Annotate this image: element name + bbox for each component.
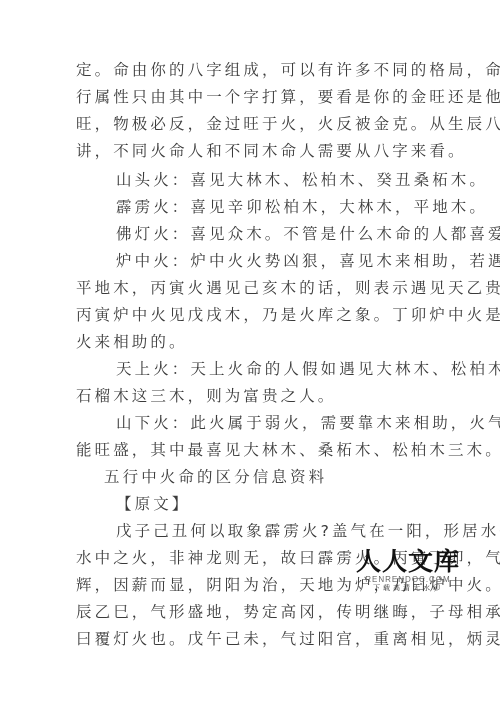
text-line: 山下火：此火属于弱火，需要靠木来相助，火气才 [116,413,500,433]
watermark-subtitle: 下载高清无水印 [352,584,464,593]
text-line: 平地木，丙寅火遇见己亥木的话，则表示遇见天乙贵人。 [76,278,500,298]
text-line: 曰覆灯火也。戊午己未，气过阳宫，重离相见，炳灵交完， [76,629,500,649]
text-line: 五行中火命的区分信息资料 [104,467,327,487]
watermark-url: RENRENDOC.COM [352,575,464,584]
text-line: 【原文】 [116,494,190,514]
text-line: 能旺盛，其中最喜见大林木、桑柘木、松柏木三木。 [76,440,500,460]
text-line: 天上火：天上火命的人假如遇见大林木、松柏木、 [116,359,500,379]
text-line: 霹雳火：喜见辛卯松柏木，大林木，平地木。 [116,197,488,217]
watermark-logo: 人人文库 RENRENDOC.COM 下载高清无水印 [352,549,464,593]
text-line: 火来相助的。 [76,332,188,352]
text-line: 山头火：喜见大林木、松柏木、癸丑桑柘木。 [116,170,488,190]
text-line: 定。命由你的八字组成，可以有许多不同的格局，命的五 [76,60,500,80]
text-line: 石榴木这三木，则为富贵之人。 [76,386,336,406]
text-line: 讲，不同火命人和不同木命人需要从八字来看。 [76,141,467,161]
text-line: 旺，物极必反，金过旺于火，火反被金克。从生辰八字来 [76,114,500,134]
text-line: 佛灯火：喜见众木。不管是什么木命的人都喜爱。 [116,224,500,244]
text-line: 戊子己丑何以取象霹雳火?盖气在一阳，形居水位， [116,521,500,541]
text-line: 辰乙巳，气形盛地，势定高冈，传明继晦，子母相承，乃 [76,602,500,622]
text-line: 行属性只由其中一个字打算，要看是你的金旺还是他的火 [76,87,500,107]
text-line: 丙寅炉中火见戊戌木，乃是火库之象。丁卯炉中火是需要 [76,305,500,325]
text-line: 炉中火：炉中火火势凶狠，喜见木来相助，若遇见 [116,251,500,271]
document-page: 定。命由你的八字组成，可以有许多不同的格局，命的五行属性只由其中一个字打算，要看… [0,0,500,708]
watermark-title: 人人文库 [352,549,464,575]
